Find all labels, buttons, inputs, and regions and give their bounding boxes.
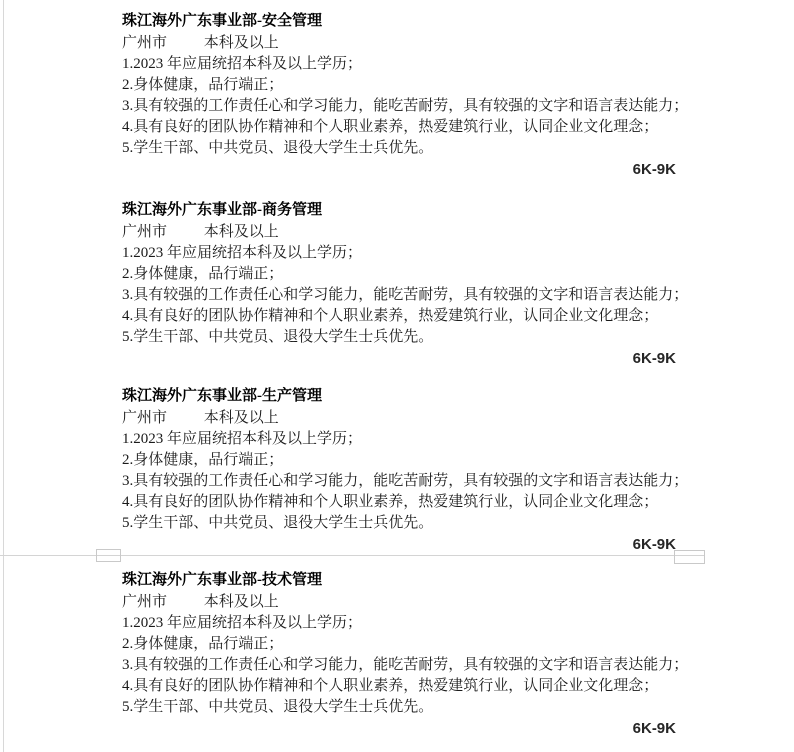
job-section: 珠江海外广东事业部-商务管理 广州市 本科及以上 1.2023 年应届统招本科及… bbox=[122, 199, 676, 369]
requirement-item: 2.身体健康，品行端正； bbox=[122, 75, 676, 96]
document-page: 珠江海外广东事业部-安全管理 广州市 本科及以上 1.2023 年应届统招本科及… bbox=[0, 0, 794, 752]
requirement-item: 1.2023 年应届统招本科及以上学历； bbox=[122, 243, 676, 264]
job-education: 本科及以上 bbox=[204, 410, 279, 426]
job-meta: 广州市 本科及以上 bbox=[122, 408, 676, 429]
requirement-item: 2.身体健康，品行端正； bbox=[122, 264, 676, 285]
requirement-item: 3.具有较强的工作责任心和学习能力，能吃苦耐劳，具有较强的文字和语言表达能力； bbox=[122, 655, 676, 676]
job-title: 珠江海外广东事业部-商务管理 bbox=[122, 199, 676, 222]
job-education: 本科及以上 bbox=[204, 594, 279, 610]
job-section: 珠江海外广东事业部-安全管理 广州市 本科及以上 1.2023 年应届统招本科及… bbox=[122, 10, 676, 180]
requirement-item: 3.具有较强的工作责任心和学习能力，能吃苦耐劳，具有较强的文字和语言表达能力； bbox=[122, 96, 676, 117]
page-margin-mark-left bbox=[96, 549, 121, 562]
requirement-item: 3.具有较强的工作责任心和学习能力，能吃苦耐劳，具有较强的文字和语言表达能力； bbox=[122, 471, 676, 492]
requirement-item: 5.学生干部、中共党员、退役大学生士兵优先。 bbox=[122, 697, 676, 718]
requirement-item: 2.身体健康，品行端正； bbox=[122, 634, 676, 655]
page-margin-mark-right bbox=[674, 550, 705, 564]
salary-label: 6K-9K bbox=[122, 159, 676, 180]
job-meta: 广州市 本科及以上 bbox=[122, 33, 676, 54]
requirement-item: 4.具有良好的团队协作精神和个人职业素养，热爱建筑行业，认同企业文化理念； bbox=[122, 676, 676, 697]
requirement-item: 5.学生干部、中共党员、退役大学生士兵优先。 bbox=[122, 138, 676, 159]
requirement-item: 5.学生干部、中共党员、退役大学生士兵优先。 bbox=[122, 513, 676, 534]
requirement-item: 1.2023 年应届统招本科及以上学历； bbox=[122, 54, 676, 75]
job-section: 珠江海外广东事业部-技术管理 广州市 本科及以上 1.2023 年应届统招本科及… bbox=[122, 569, 676, 739]
salary-label: 6K-9K bbox=[122, 718, 676, 739]
job-meta: 广州市 本科及以上 bbox=[122, 222, 676, 243]
job-title: 珠江海外广东事业部-技术管理 bbox=[122, 569, 676, 592]
job-city: 广州市 bbox=[122, 33, 200, 54]
job-city: 广州市 bbox=[122, 408, 200, 429]
requirement-item: 4.具有良好的团队协作精神和个人职业素养，热爱建筑行业，认同企业文化理念； bbox=[122, 306, 676, 327]
requirement-item: 1.2023 年应届统招本科及以上学历； bbox=[122, 429, 676, 450]
salary-label: 6K-9K bbox=[122, 534, 676, 555]
requirement-item: 4.具有良好的团队协作精神和个人职业素养，热爱建筑行业，认同企业文化理念； bbox=[122, 492, 676, 513]
page-edge-line bbox=[3, 0, 4, 752]
requirement-item: 2.身体健康，品行端正； bbox=[122, 450, 676, 471]
salary-label: 6K-9K bbox=[122, 348, 676, 369]
job-meta: 广州市 本科及以上 bbox=[122, 592, 676, 613]
requirement-item: 1.2023 年应届统招本科及以上学历； bbox=[122, 613, 676, 634]
job-city: 广州市 bbox=[122, 592, 200, 613]
job-education: 本科及以上 bbox=[204, 224, 279, 240]
requirement-item: 4.具有良好的团队协作精神和个人职业素养，热爱建筑行业，认同企业文化理念； bbox=[122, 117, 676, 138]
job-education: 本科及以上 bbox=[204, 35, 279, 51]
job-section: 珠江海外广东事业部-生产管理 广州市 本科及以上 1.2023 年应届统招本科及… bbox=[122, 385, 676, 555]
requirement-item: 3.具有较强的工作责任心和学习能力，能吃苦耐劳，具有较强的文字和语言表达能力； bbox=[122, 285, 676, 306]
job-city: 广州市 bbox=[122, 222, 200, 243]
job-title: 珠江海外广东事业部-生产管理 bbox=[122, 385, 676, 408]
job-title: 珠江海外广东事业部-安全管理 bbox=[122, 10, 676, 33]
requirement-item: 5.学生干部、中共党员、退役大学生士兵优先。 bbox=[122, 327, 676, 348]
